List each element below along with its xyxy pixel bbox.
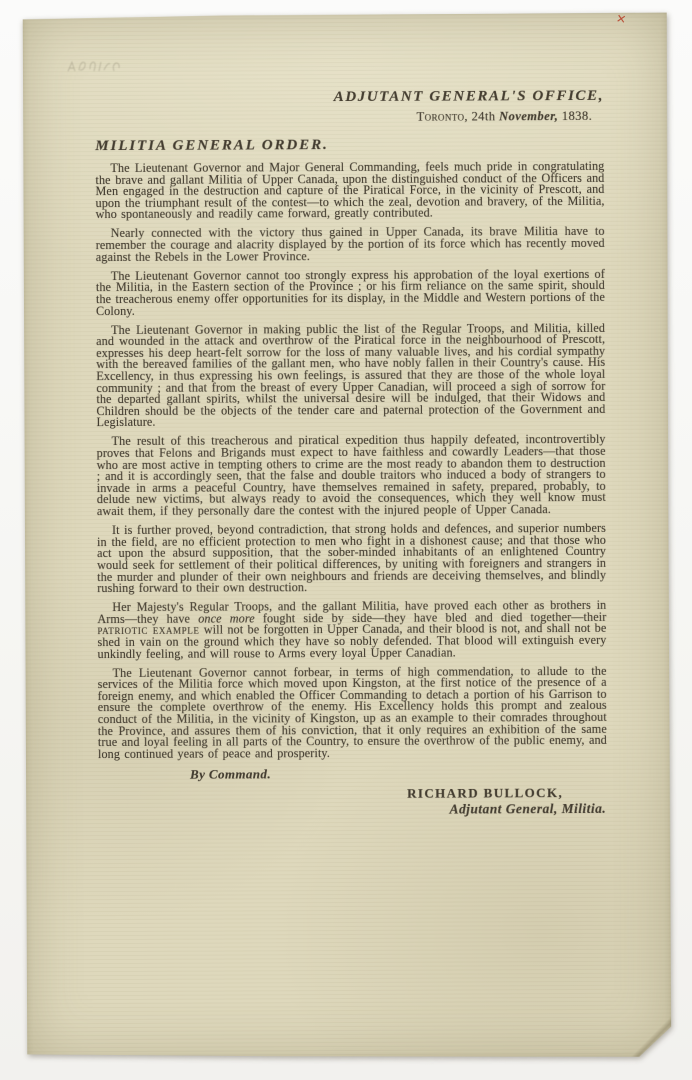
paragraph-run: The Lieutenant Governor cannot too stron… [96, 267, 605, 318]
document-title: MILITIA GENERAL ORDER. [95, 137, 604, 154]
paragraph: The Lieutenant Governor cannot forbear, … [98, 666, 607, 761]
signature-title: Adjutant General, Militia. [98, 802, 606, 818]
paragraph-run: The Lieutenant Governor in making public… [96, 320, 605, 429]
dateline-month: November, [499, 109, 558, 123]
paragraph-run: Nearly connected with the victory thus g… [96, 224, 605, 263]
body-paragraphs: The Lieutenant Governor and Major Genera… [95, 161, 607, 761]
paragraph: Nearly connected with the victory thus g… [96, 226, 605, 263]
dateline-place: Toronto, [417, 109, 468, 123]
paragraph: It is further proved, beyond contradicti… [97, 523, 606, 595]
paragraph-run: It is further proved, beyond contradicti… [97, 521, 606, 595]
office-heading: ADJUTANT GENERAL'S OFFICE, [95, 89, 604, 106]
paragraph: The Lieutenant Governor in making public… [96, 322, 605, 429]
paragraph: The result of this treacherous and pirat… [97, 434, 606, 517]
paragraph-run: The Lieutenant Governor cannot forbear, … [98, 664, 607, 761]
paragraph: The Lieutenant Governor and Major Genera… [95, 161, 604, 221]
paper-sheet-wrap: ADJUTANT GENERAL'S OFFICE, Toronto, 24th… [23, 13, 672, 1060]
paragraph-run: The Lieutenant Governor and Major Genera… [95, 159, 604, 222]
by-command-line: By Command. [190, 766, 607, 781]
paragraph-run: The result of this treacherous and pirat… [97, 432, 606, 518]
signature-name: RICHARD BULLOCK, [98, 786, 563, 801]
scan-background: ADJUTANT GENERAL'S OFFICE, Toronto, 24th… [0, 0, 692, 1080]
dateline-year: 1838. [558, 109, 592, 123]
paper-sheet: ADJUTANT GENERAL'S OFFICE, Toronto, 24th… [23, 13, 672, 1060]
paragraph: Her Majesty's Regular Troops, and the ga… [97, 600, 606, 660]
printed-content: ADJUTANT GENERAL'S OFFICE, Toronto, 24th… [23, 13, 672, 1060]
paragraph: The Lieutenant Governor cannot too stron… [96, 269, 605, 318]
dateline: Toronto, 24th November, 1838. [95, 110, 604, 125]
dateline-day: 24th [468, 109, 499, 123]
